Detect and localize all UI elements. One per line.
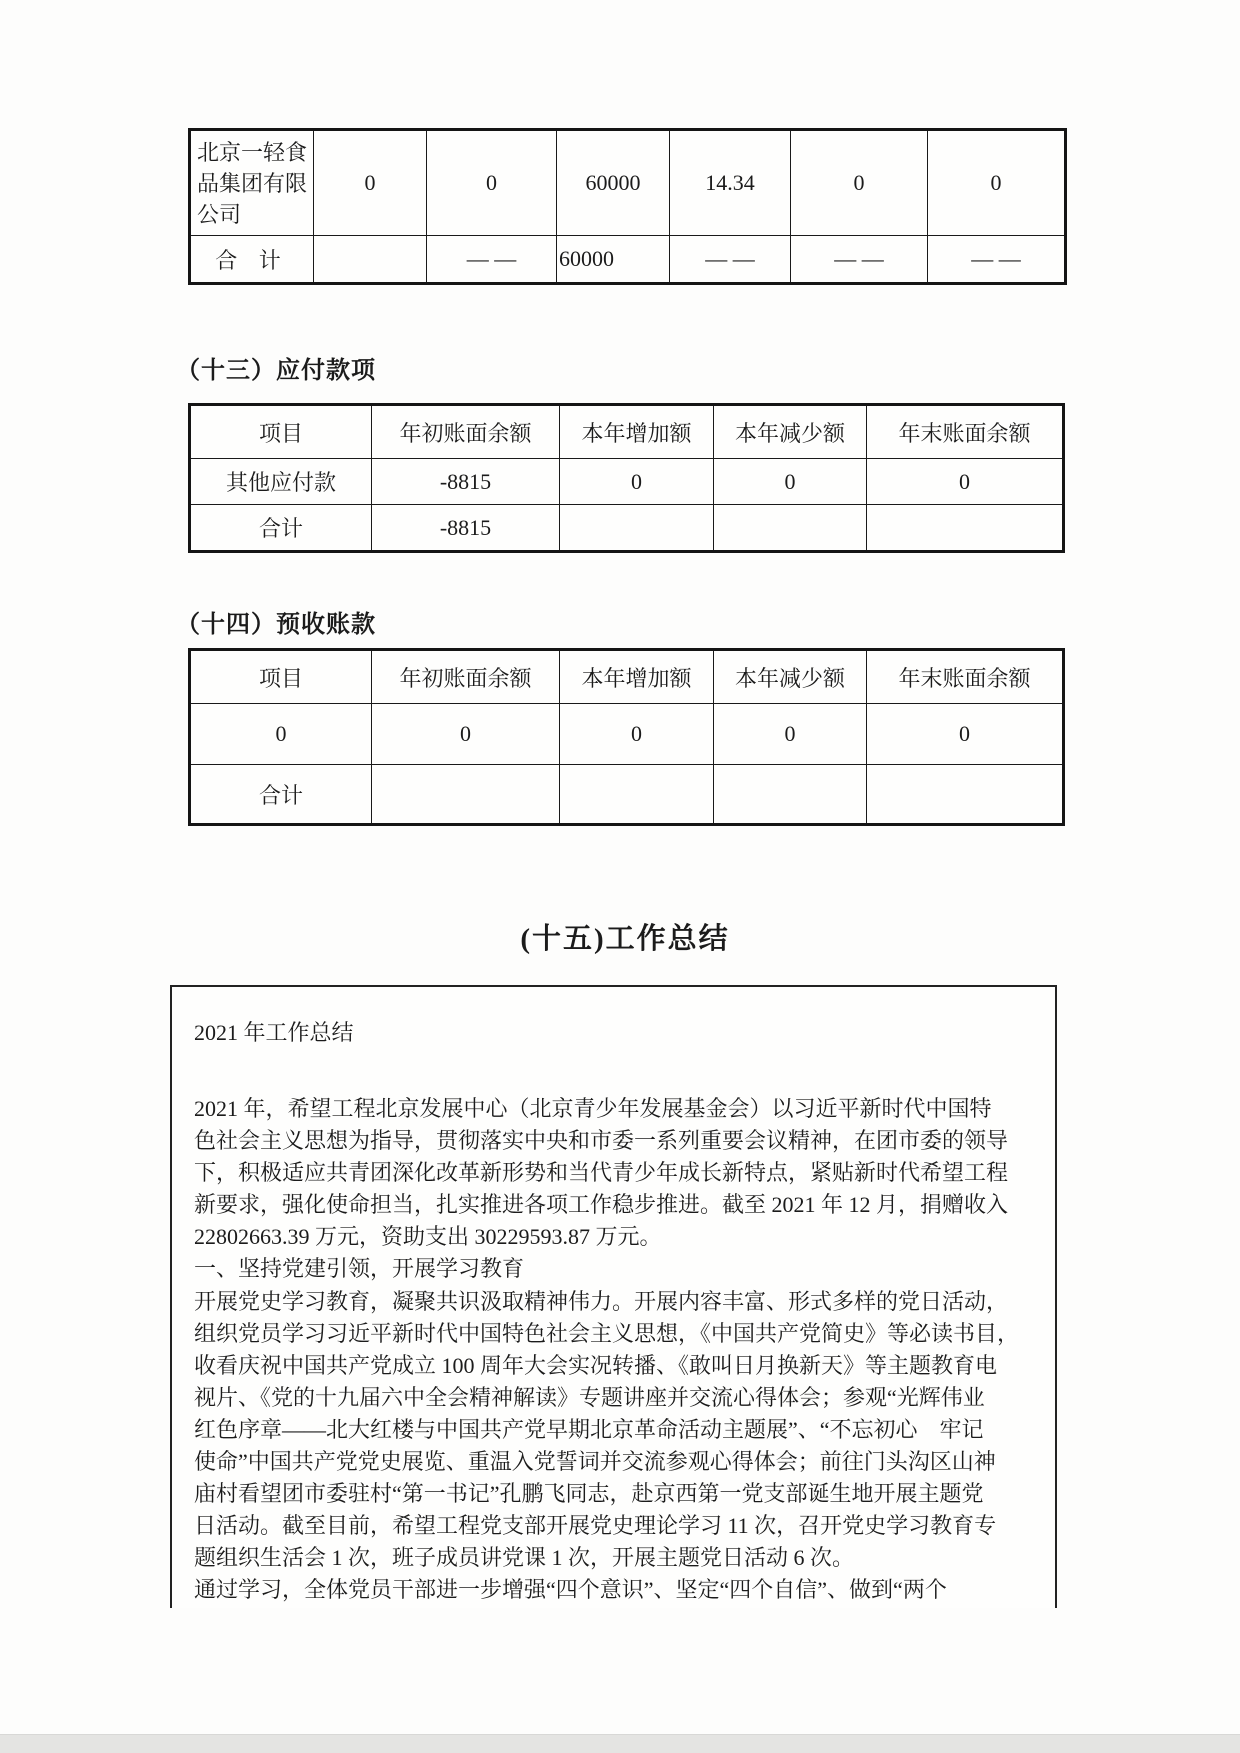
table-cell: 0	[190, 704, 372, 765]
section-15-title: (十五)工作总结	[188, 916, 1062, 957]
summary-line: 日活动。截至目前，希望工程党支部开展党史理论学习 11 次，召开党史学习教育专	[194, 1510, 1037, 1542]
table-cell	[714, 505, 867, 552]
summary-line: 视片、《党的十九届六中全会精神解读》专题讲座并交流心得体会；参观“光辉伟业	[194, 1382, 1037, 1414]
table-row: 北京一轻食品集团有限公司 0 0 60000 14.34 0 0	[190, 130, 1066, 236]
table-cell	[867, 765, 1064, 825]
table-cell	[560, 505, 714, 552]
table-cell: 0	[867, 459, 1064, 505]
table-cell: 0	[560, 459, 714, 505]
table-row: 0 0 0 0 0	[190, 704, 1064, 765]
summary-line: 通过学习，全体党员干部进一步增强“四个意识”、坚定“四个自信”、做到“两个	[194, 1574, 1037, 1606]
table-cell	[867, 505, 1064, 552]
payables-table: 项目 年初账面余额 本年增加额 本年减少额 年末账面余额 其他应付款 -8815…	[188, 403, 1065, 553]
summary-line: 一、坚持党建引领，开展学习教育	[194, 1253, 1037, 1285]
table-cell: — —	[427, 236, 557, 284]
summary-line: 色社会主义思想为指导，贯彻落实中央和市委一系列重要会议精神，在团市委的领导	[194, 1125, 1037, 1157]
summary-line: 红色序章——北大红楼与中国共产党早期北京革命活动主题展”、“不忘初心 牢记	[194, 1414, 1037, 1446]
table-cell: -8815	[372, 505, 560, 552]
total-label-cell: 合 计	[190, 236, 314, 284]
table-total-row: 合 计 — — 60000 — — — — — —	[190, 236, 1066, 284]
work-summary-heading: 2021 年工作总结	[194, 1017, 1055, 1049]
table-header-row: 项目 年初账面余额 本年增加额 本年减少额 年末账面余额	[190, 650, 1064, 704]
table-cell: — —	[928, 236, 1066, 284]
summary-line: 庙村看望团市委驻村“第一书记”孔鹏飞同志，赴京西第一党支部诞生地开展主题党	[194, 1478, 1037, 1510]
summary-line: 题组织生活会 1 次，班子成员讲党课 1 次，开展主题党日活动 6 次。	[194, 1542, 1037, 1574]
work-summary-text: 2021 年，希望工程北京发展中心（北京青少年发展基金会）以习近平新时代中国特 …	[194, 1093, 1037, 1607]
table-cell: 0	[928, 130, 1066, 236]
summary-line: 22802663.39 万元，资助支出 30229593.87 万元。	[194, 1221, 1037, 1253]
scanner-edge-band	[0, 1734, 1240, 1753]
table-row: 其他应付款 -8815 0 0 0	[190, 459, 1064, 505]
header-cell: 年初账面余额	[372, 405, 560, 459]
table-total-row: 合计 -8815	[190, 505, 1064, 552]
scanned-document-page: 北京一轻食品集团有限公司 0 0 60000 14.34 0 0 合 计 — —…	[0, 0, 1240, 1753]
table-cell: 0	[867, 704, 1064, 765]
table-total-row: 合计	[190, 765, 1064, 825]
section-13-title: （十三）应付款项	[176, 350, 376, 385]
table-cell	[372, 765, 560, 825]
table-cell: 0	[427, 130, 557, 236]
table-cell: 0	[560, 704, 714, 765]
summary-line: 下，积极适应共青团深化改革新形势和当代青少年成长新特点，紧贴新时代希望工程	[194, 1157, 1037, 1189]
investee-summary-table: 北京一轻食品集团有限公司 0 0 60000 14.34 0 0 合 计 — —…	[188, 128, 1067, 285]
table-cell	[314, 236, 427, 284]
summary-line: 收看庆祝中国共产党成立 100 周年大会实况转播、《敢叫日月换新天》等主题教育电	[194, 1350, 1037, 1382]
summary-line: 开展党史学习教育，凝聚共识汲取精神伟力。开展内容丰富、形式多样的党日活动，	[194, 1286, 1037, 1318]
table-cell: 0	[791, 130, 928, 236]
table-cell	[560, 765, 714, 825]
header-cell: 本年减少额	[714, 405, 867, 459]
header-cell: 年初账面余额	[372, 650, 560, 704]
table-cell: 60000	[557, 236, 670, 284]
table-cell: 0	[314, 130, 427, 236]
summary-line: 2021 年，希望工程北京发展中心（北京青少年发展基金会）以习近平新时代中国特	[194, 1093, 1037, 1125]
header-cell: 本年减少额	[714, 650, 867, 704]
header-cell: 本年增加额	[560, 405, 714, 459]
summary-line: 使命”中国共产党党史展览、重温入党誓词并交流参观心得体会；前往门头沟区山神	[194, 1446, 1037, 1478]
header-cell: 本年增加额	[560, 650, 714, 704]
header-cell: 年末账面余额	[867, 650, 1064, 704]
header-cell: 项目	[190, 650, 372, 704]
work-summary-box: 2021 年工作总结 2021 年，希望工程北京发展中心（北京青少年发展基金会）…	[170, 985, 1057, 1608]
table-header-row: 项目 年初账面余额 本年增加额 本年减少额 年末账面余额	[190, 405, 1064, 459]
table-cell: -8815	[372, 459, 560, 505]
table-cell: 0	[372, 704, 560, 765]
header-cell: 项目	[190, 405, 372, 459]
table-cell: — —	[791, 236, 928, 284]
summary-line: 组织党员学习习近平新时代中国特色社会主义思想，《中国共产党简史》等必读书目，	[194, 1318, 1037, 1350]
table-cell: 0	[714, 459, 867, 505]
table-cell: 14.34	[670, 130, 791, 236]
investee-name-cell: 北京一轻食品集团有限公司	[190, 130, 314, 236]
header-cell: 年末账面余额	[867, 405, 1064, 459]
table-cell: 60000	[557, 130, 670, 236]
table-cell: — —	[670, 236, 791, 284]
total-label-cell: 合计	[190, 765, 372, 825]
table-cell	[714, 765, 867, 825]
table-cell: 0	[714, 704, 867, 765]
advance-receipts-table: 项目 年初账面余额 本年增加额 本年减少额 年末账面余额 0 0 0 0 0 合…	[188, 648, 1065, 826]
summary-line: 新要求，强化使命担当，扎实推进各项工作稳步推进。截至 2021 年 12 月，捐…	[194, 1189, 1037, 1221]
table-cell: 其他应付款	[190, 459, 372, 505]
total-label-cell: 合计	[190, 505, 372, 552]
section-14-title: （十四）预收账款	[176, 604, 376, 639]
